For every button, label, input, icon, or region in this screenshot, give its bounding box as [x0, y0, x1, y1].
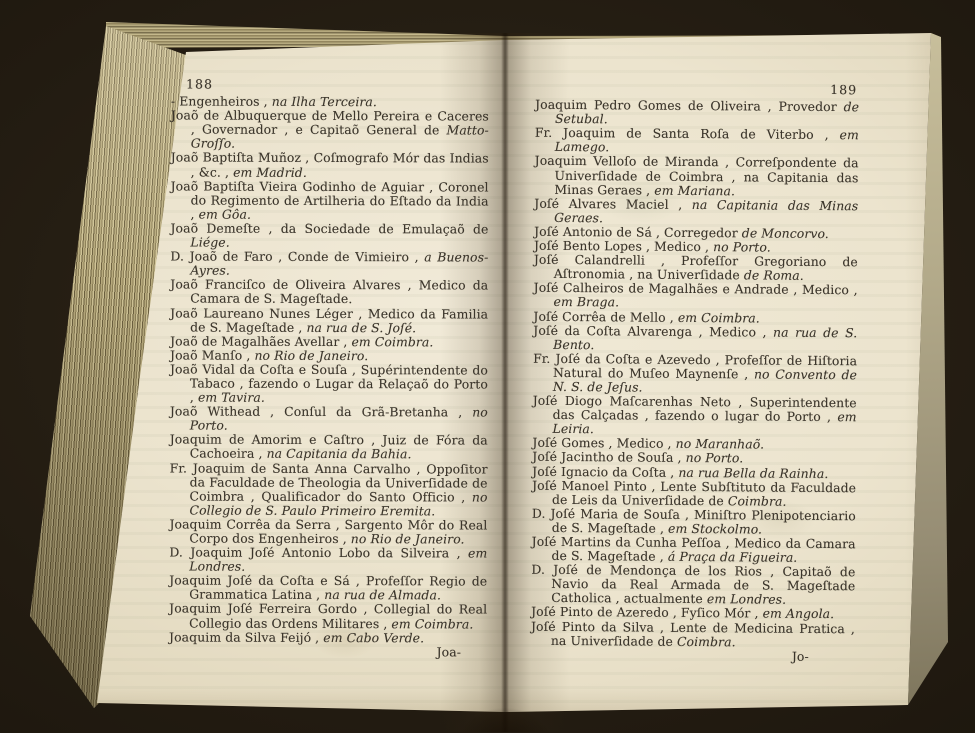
directory-entry: Joaquim Joſé da Coſta e Sá , Profeſſor R… [169, 574, 487, 603]
directory-entry: D. Joſé Maria de Souſa , Miniſtro Plenip… [532, 507, 856, 538]
directory-entry: Joſé Martins da Cunha Peſſoa , Medico da… [531, 535, 855, 566]
directory-entry: Fr. Joſé da Coſta e Azevedo , Profeſſor … [533, 352, 857, 397]
entry-name-text: Joſé Manoel Pinto , Lente Subſtituto da … [532, 477, 856, 508]
directory-entry: Joſé Alvares Maciel , na Capitania das M… [534, 196, 858, 227]
directory-entry: Joaquim Joſé Ferreira Gordo , Collegial … [169, 602, 487, 631]
entry-name-text: Joaõ Franciſco de Oliveira Alvares , Med… [170, 277, 488, 307]
page-number-left: 188 [171, 77, 489, 92]
entry-name-text: Fr. Joaquim de Santa Anna Carvalho , Opp… [170, 460, 488, 504]
entry-place-italic: no Rio de Janeiro. [351, 531, 465, 546]
entry-place-italic: de Roma. [744, 268, 804, 283]
entry-name-text: Joaquim da Silva Feijó , [169, 629, 323, 645]
directory-entry: D. Joſé de Mendonça de los Rios , Capita… [531, 563, 855, 608]
directory-entry: Joaõ Demeſte , da Sociedade de Emulaçaõ … [170, 221, 488, 250]
entry-place-italic: na Ilha Terceira. [272, 94, 377, 109]
directory-entry: D. Joaquim Joſé Antonio Lobo da Silveira… [169, 546, 487, 575]
entry-place-italic: Coimbra. [728, 493, 787, 508]
right-page-text-block: 189 Joaquim Pedro Gomes de Oliveira , Pr… [531, 81, 860, 664]
entry-place-italic: em Coimbra. [351, 334, 433, 349]
entry-place-italic: na rua de Almada. [324, 587, 441, 602]
directory-entry: Joſé Pinto da Silva , Lente de Medicina … [531, 619, 855, 650]
right-page-entries: Joaquim Pedro Gomes de Oliveira , Proved… [531, 98, 859, 650]
directory-entry: Joaõ de Albuquerque de Mello Pereira e C… [171, 109, 489, 152]
directory-entry: Joaquim Velloſo de Miranda , Correſponde… [534, 154, 858, 199]
entry-name-text: Joaõ Baptiſta Muñoz , Coſmografo Mór das… [171, 150, 489, 179]
directory-entry: Fr. Joaquim de Santa Anna Carvalho , Opp… [169, 461, 487, 518]
directory-entry: Joaõ Baptiſta Vieira Godinho de Aguiar ,… [171, 179, 489, 222]
entry-place-italic: em Cabo Verde. [323, 630, 424, 645]
entry-name-text: Joaõ de Albuquerque de Mello Pereira e C… [171, 108, 489, 138]
directory-entry: Joaõ Laureano Nunes Léger , Medico da Fa… [170, 306, 488, 335]
left-page-text-block: 188 - Engenheiros , na Ilha Terceira.Joa… [169, 77, 489, 659]
entry-place-italic: Liége. [190, 235, 229, 250]
directory-entry: Joaõ Vidal da Coſta e Souſa , Supérinten… [170, 362, 488, 405]
directory-entry: Joaquim Pedro Gomes de Oliveira , Proved… [535, 98, 859, 129]
directory-entry: Joſé da Coſta Alvarenga , Medico , na ru… [533, 323, 857, 354]
directory-entry: Joaquim Corrêa da Serra , Sargento Môr d… [169, 517, 487, 546]
book-scan-screenshot: { "scene": { "background_color": "#221b1… [0, 0, 975, 733]
entry-place-italic: em Coimbra. [391, 616, 473, 631]
directory-entry: Joaõ Baptiſta Muñoz , Coſmografo Mór das… [171, 151, 489, 180]
open-book: 188 - Engenheiros , na Ilha Terceira.Joa… [0, 0, 975, 733]
photo-background: 188 - Engenheiros , na Ilha Terceira.Joa… [0, 0, 975, 733]
directory-entry: D. Joaõ de Faro , Conde de Vimieiro , a … [170, 250, 488, 279]
page-number-right: 189 [535, 81, 859, 98]
entry-place-italic: em Madrid. [233, 164, 307, 179]
entry-place-italic: no Porto. [713, 239, 771, 254]
entry-place-italic: em Tavira. [198, 390, 265, 405]
entry-place-italic: em Gôa. [199, 206, 251, 221]
directory-entry: Joaquim da Silva Feijó , em Cabo Verde. [169, 630, 487, 645]
catchword-left: Joa- [169, 644, 487, 659]
entry-name-text: D. Joſé de Mendonça de los Rios , Capita… [531, 562, 855, 607]
entry-place-italic: no Porto. [686, 450, 744, 465]
entry-name-text: Joſé Diogo Maſcarenhas Neto , Superinten… [533, 393, 857, 424]
entry-name-text: Joaõ Manſo , [170, 347, 254, 362]
directory-entry: Joſé Manoel Pinto , Lente Subſtituto da … [532, 478, 856, 509]
entry-name-text: Joſé Calandrelli , Profeſſor Gregoriano … [534, 252, 858, 283]
left-page-entries: - Engenheiros , na Ilha Terceira.Joaõ de… [169, 95, 489, 646]
entry-place-italic: no Rio de Janeiro. [254, 348, 368, 363]
directory-entry: Joſé Calandrelli , Profeſſor Gregoriano … [534, 253, 858, 284]
entry-name-text: - Engenheiros , [171, 94, 272, 109]
directory-entry: Joaõ Franciſco de Oliveira Alvares , Med… [170, 278, 488, 307]
entry-place-italic: Coimbra. [677, 634, 736, 649]
directory-entry: Joaõ Withead , Conſul da Grã-Bretanha , … [170, 405, 488, 434]
directory-entry: Joaquim de Amorim e Caſtro , Juiz de Fór… [170, 433, 488, 462]
directory-entry: Fr. Joaquim de Santa Roſa de Viterbo , e… [535, 126, 859, 157]
directory-entry: Joſé Calheiros de Magalhães e Andrade , … [533, 281, 857, 312]
directory-entry: Joſé Diogo Maſcarenhas Neto , Superinten… [532, 394, 856, 439]
entry-place-italic: na rua de S. Joſé. [306, 320, 416, 335]
catchword-right: Jo- [531, 647, 855, 664]
